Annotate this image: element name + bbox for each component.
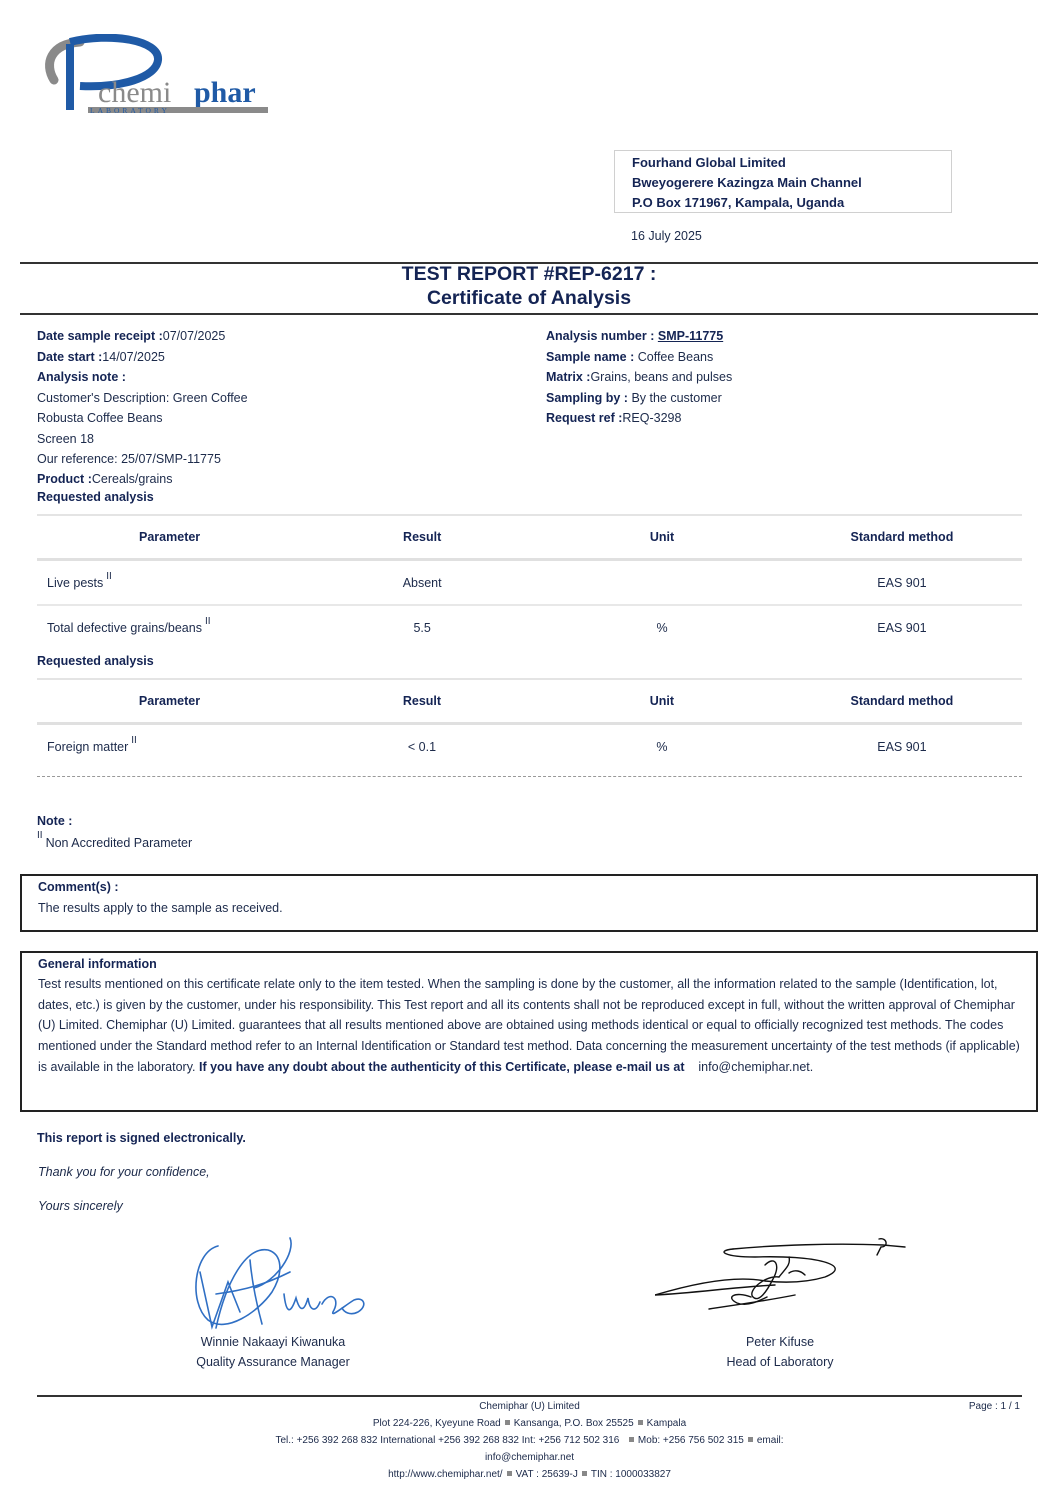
note-text: Non Accredited Parameter xyxy=(46,836,193,850)
footer: Chemiphar (U) Limited Plot 224-226, Kyey… xyxy=(37,1398,1022,1483)
contact-email[interactable]: info@chemiphar.net. xyxy=(698,1060,813,1074)
table-row: Live pestsII Absent EAS 901 xyxy=(37,560,1022,606)
footer-address: Plot 224-226, Kyeyune RoadKansanga, P.O.… xyxy=(37,1415,1022,1432)
product: Product :Cereals/grains xyxy=(37,470,248,488)
svg-text:LABORATORY: LABORATORY xyxy=(90,106,170,115)
bullet-square-icon xyxy=(507,1471,512,1476)
footer-phones: Tel.: +256 392 268 832 International +25… xyxy=(37,1432,1022,1449)
non-accredited-mark: II xyxy=(106,571,112,582)
column-header-parameter: Parameter xyxy=(37,515,302,560)
bullet-square-icon xyxy=(638,1420,643,1425)
cell-result: < 0.1 xyxy=(302,724,542,769)
dashed-divider xyxy=(37,776,1022,777)
table-1-title: Requested analysis xyxy=(37,490,154,504)
recipient-address-line2: P.O Box 171967, Kampala, Uganda xyxy=(632,193,951,213)
cell-result: 5.5 xyxy=(302,605,542,649)
column-header-result: Result xyxy=(302,515,542,560)
sampling-by: Sampling by : By the customer xyxy=(546,388,732,409)
general-information-title: General information xyxy=(38,955,1022,974)
cell-unit: % xyxy=(542,605,782,649)
recipient-address-line1: Bweyogerere Kazingza Main Channel xyxy=(632,173,951,193)
report-date: 16 July 2025 xyxy=(631,229,702,243)
cell-method: EAS 901 xyxy=(782,560,1022,606)
general-information-box: General information Test results mention… xyxy=(20,951,1038,1112)
cell-result: Absent xyxy=(302,560,542,606)
footer-registration: http://www.chemiphar.net/VAT : 25639-JTI… xyxy=(37,1466,1022,1483)
results-table-2: Parameter Result Unit Standard method Fo… xyxy=(37,678,1022,768)
signatory-name: Winnie Nakaayi Kiwanuka xyxy=(163,1332,383,1352)
footer-company: Chemiphar (U) Limited xyxy=(37,1398,1022,1415)
chemiphar-logo: chemi phar LABORATORY xyxy=(40,34,280,120)
yours-sincerely: Yours sincerely xyxy=(38,1199,123,1213)
column-header-result: Result xyxy=(302,679,542,724)
recipient-address-box: Fourhand Global Limited Bweyogerere Kazi… xyxy=(614,150,952,213)
recipient-name: Fourhand Global Limited xyxy=(632,153,951,173)
analysis-note-line: Screen 18 xyxy=(37,429,248,450)
signature-qa-manager xyxy=(186,1232,376,1337)
cell-parameter: Total defective grains/beansII xyxy=(37,605,302,649)
footer-rule xyxy=(37,1395,1022,1397)
bullet-square-icon xyxy=(505,1420,510,1425)
matrix: Matrix :Grains, beans and pulses xyxy=(546,367,732,388)
title-bottom-rule xyxy=(20,313,1038,315)
signatory-head-of-lab: Peter Kifuse Head of Laboratory xyxy=(660,1332,900,1372)
analysis-note-line: Our reference: 25/07/SMP-11775 xyxy=(37,449,248,470)
signature-head-of-laboratory xyxy=(655,1235,915,1315)
cell-method: EAS 901 xyxy=(782,724,1022,769)
column-header-unit: Unit xyxy=(542,515,782,560)
results-table-1: Parameter Result Unit Standard method Li… xyxy=(37,514,1022,649)
bullet-square-icon xyxy=(582,1471,587,1476)
cell-parameter: Live pestsII xyxy=(37,560,302,606)
table-row: Foreign matterII < 0.1 % EAS 901 xyxy=(37,724,1022,769)
comments-box: Comment(s) : The results apply to the sa… xyxy=(20,874,1038,932)
svg-text:phar: phar xyxy=(194,76,256,109)
note-title: Note : xyxy=(37,814,192,829)
analysis-note-line: Customer's Description: Green Coffee xyxy=(37,388,248,409)
analysis-number: Analysis number : SMP-11775 xyxy=(546,326,732,347)
date-sample-receipt: Date sample receipt :07/07/2025 xyxy=(37,326,248,347)
signed-electronically-note: This report is signed electronically. xyxy=(37,1131,246,1145)
cell-method: EAS 901 xyxy=(782,605,1022,649)
column-header-method: Standard method xyxy=(782,515,1022,560)
cell-unit: % xyxy=(542,724,782,769)
report-title: TEST REPORT #REP-6217 : Certificate of A… xyxy=(20,262,1038,310)
bullet-square-icon xyxy=(629,1437,634,1442)
request-ref: Request ref :REQ-3298 xyxy=(546,408,732,429)
cell-unit xyxy=(542,560,782,606)
non-accredited-mark: II xyxy=(131,735,137,746)
report-title-line1: TEST REPORT #REP-6217 : xyxy=(20,262,1038,286)
svg-text:chemi: chemi xyxy=(98,76,171,109)
comments-title: Comment(s) : xyxy=(38,878,1036,896)
comments-text: The results apply to the sample as recei… xyxy=(38,896,1036,920)
signatory-name: Peter Kifuse xyxy=(660,1332,900,1352)
column-header-parameter: Parameter xyxy=(37,679,302,724)
sample-info-right: Analysis number : SMP-11775 Sample name … xyxy=(546,326,732,429)
thanks-text: Thank you for your confidence, xyxy=(38,1165,210,1179)
analysis-note-line: Robusta Coffee Beans xyxy=(37,408,248,429)
footer-email[interactable]: info@chemiphar.net xyxy=(37,1449,1022,1466)
general-information-body: Test results mentioned on this certifica… xyxy=(38,974,1022,1078)
page-number: Page : 1 / 1 xyxy=(930,1398,1020,1415)
sample-info-left: Date sample receipt :07/07/2025 Date sta… xyxy=(37,326,248,488)
column-header-unit: Unit xyxy=(542,679,782,724)
cell-parameter: Foreign matterII xyxy=(37,724,302,769)
analysis-number-link[interactable]: SMP-11775 xyxy=(658,329,723,343)
note-section: Note : IINon Accredited Parameter xyxy=(37,814,192,854)
signatory-role: Head of Laboratory xyxy=(660,1352,900,1372)
footer-website[interactable]: http://www.chemiphar.net/ xyxy=(388,1469,503,1480)
non-accredited-mark: II xyxy=(37,830,43,841)
sample-name: Sample name : Coffee Beans xyxy=(546,347,732,368)
date-start: Date start :14/07/2025 xyxy=(37,347,248,368)
report-title-line2: Certificate of Analysis xyxy=(20,286,1038,310)
signatory-qa-manager: Winnie Nakaayi Kiwanuka Quality Assuranc… xyxy=(163,1332,383,1372)
analysis-note-label: Analysis note : xyxy=(37,367,248,388)
bullet-square-icon xyxy=(748,1437,753,1442)
table-row: Total defective grains/beansII 5.5 % EAS… xyxy=(37,605,1022,649)
non-accredited-mark: II xyxy=(205,616,211,627)
table-2-title: Requested analysis xyxy=(37,654,154,668)
signatory-role: Quality Assurance Manager xyxy=(163,1352,383,1372)
column-header-method: Standard method xyxy=(782,679,1022,724)
